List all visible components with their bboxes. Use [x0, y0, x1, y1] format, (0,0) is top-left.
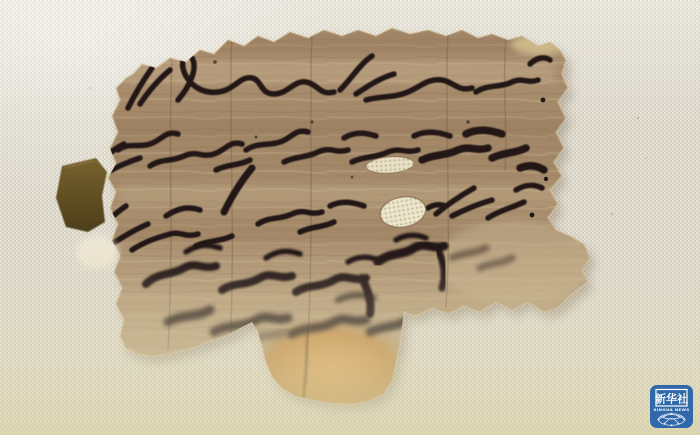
photo-canvas: 新华社 XINHUA NEWS [0, 0, 700, 435]
watermark-title: 新华社 [655, 392, 688, 406]
news-photo: 新华社 XINHUA NEWS [0, 0, 700, 435]
defocus-overlay [0, 250, 700, 435]
xinhua-watermark: 新华社 XINHUA NEWS [650, 385, 693, 428]
watermark-subtitle: XINHUA NEWS [653, 407, 689, 412]
